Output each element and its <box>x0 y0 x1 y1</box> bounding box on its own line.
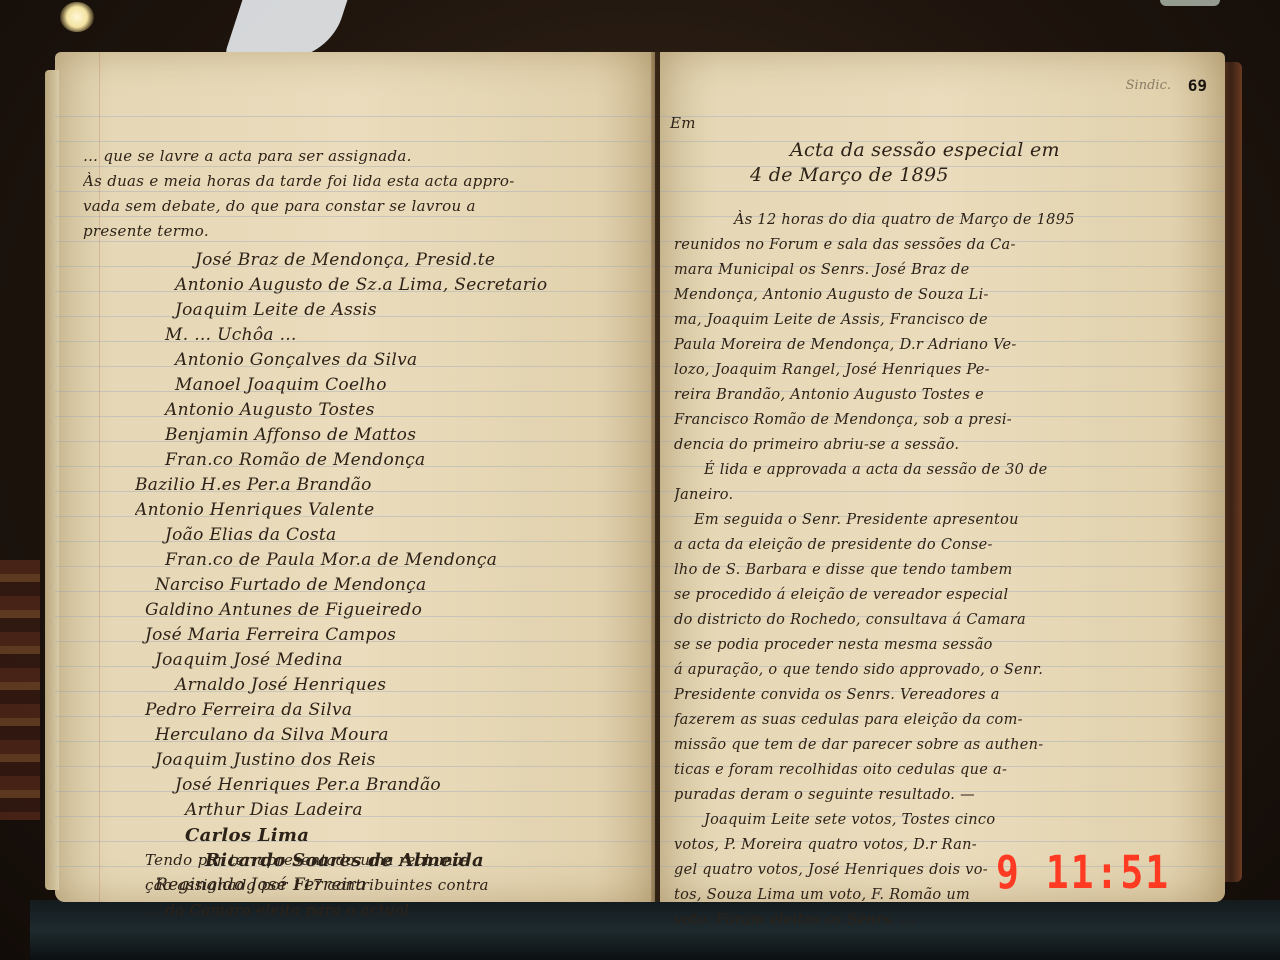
signature: Arthur Dias Ladeira <box>135 798 655 823</box>
text-line: Joaquim Leite sete votos, Tostes cinco <box>674 808 1225 833</box>
text-line: Tendo por ter apresentado uma reclama- <box>145 848 655 873</box>
signature: Bazilio H.es Per.a Brandão <box>135 473 655 498</box>
signature: Antonio Augusto de Sz.a Lima, Secretario <box>135 273 655 298</box>
right-page: Sindic. 69 Em Acta da sessão especial em… <box>660 52 1225 902</box>
text-line: lozo, Joaquim Rangel, José Henriques Pe- <box>674 358 1225 383</box>
signature: Benjamin Affonso de Mattos <box>135 423 655 448</box>
text-line: se procedido á eleição de vereador espec… <box>674 583 1225 608</box>
glass-reflection <box>224 0 348 58</box>
left-page: … que se lavre a acta para ser assignada… <box>55 52 655 902</box>
text-line: Francisco Romão de Mendonça, sob a presi… <box>674 408 1225 433</box>
text-line: lho de S. Barbara e disse que tendo tamb… <box>674 558 1225 583</box>
text-line: ticas e foram recolhidas oito cedulas qu… <box>674 758 1225 783</box>
rug-background <box>0 560 40 820</box>
text-line: Paula Moreira de Mendonça, D.r Adriano V… <box>674 333 1225 358</box>
text-line: reunidos no Forum e sala das sessões da … <box>674 233 1225 258</box>
lamp-glow <box>60 2 94 32</box>
text-line: ma, Joaquim Leite de Assis, Francisco de <box>674 308 1225 333</box>
folio-number: 69 <box>1188 76 1207 95</box>
signature: M. … Uchôa … <box>135 323 655 348</box>
signature: Pedro Ferreira da Silva <box>135 698 655 723</box>
minutes-body: Às 12 horas do dia quatro de Março de 18… <box>674 208 1225 933</box>
text-line: vada sem debate, do que para constar se … <box>83 194 655 219</box>
camera-timestamp: 9 11:51 <box>996 846 1170 899</box>
signature: José Braz de Mendonça, Presid.te <box>135 248 655 273</box>
text-line: voto. Foram eleitos os Senrs. … <box>674 908 1225 933</box>
signature: Narciso Furtado de Mendonça <box>135 573 655 598</box>
signature: Herculano da Silva Moura <box>135 723 655 748</box>
folio-note: Sindic. <box>1126 78 1171 93</box>
signature: Joaquim Leite de Assis <box>135 298 655 323</box>
text-line: Janeiro. <box>674 483 1225 508</box>
text-line: É lida e approvada a acta da sessão de 3… <box>674 458 1225 483</box>
text-line: mara Municipal os Senrs. José Braz de <box>674 258 1225 283</box>
signature: Fran.co de Paula Mor.a de Mendonça <box>135 548 655 573</box>
left-page-text: … que se lavre a acta para ser assignada… <box>83 144 655 244</box>
left-page-closing-text: Tendo por ter apresentado uma reclama- ç… <box>145 848 655 923</box>
signature-list: José Braz de Mendonça, Presid.te Antonio… <box>135 248 655 898</box>
text-line: Mendonça, Antonio Augusto de Souza Li- <box>674 283 1225 308</box>
title-line: 4 de Março de 1895 <box>750 163 1225 188</box>
text-line: Em seguida o Senr. Presidente apresentou <box>674 508 1225 533</box>
text-line: Às 12 horas do dia quatro de Março de 18… <box>674 208 1225 233</box>
text-line: ção assignada por 117 contribuintes cont… <box>145 873 655 898</box>
signature: Manoel Joaquim Coelho <box>135 373 655 398</box>
signature: Joaquim José Medina <box>135 648 655 673</box>
text-line: missão que tem de dar parecer sobre as a… <box>674 733 1225 758</box>
signature: João Elias da Costa <box>135 523 655 548</box>
open-ledger: … que se lavre a acta para ser assignada… <box>55 52 1235 902</box>
glass-reflection-right <box>1160 0 1220 6</box>
text-line: reira Brandão, Antonio Augusto Tostes e <box>674 383 1225 408</box>
minutes-title: Acta da sessão especial em 4 de Março de… <box>750 138 1225 188</box>
text-line: dencia do primeiro abriu-se a sessão. <box>674 433 1225 458</box>
text-line: … da Camara eleita para o actual <box>145 898 655 923</box>
text-line: Às duas e meia horas da tarde foi lida e… <box>83 169 655 194</box>
signature: Fran.co Romão de Mendonça <box>135 448 655 473</box>
margin-note: Em <box>670 114 1225 132</box>
text-line: Presidente convida os Senrs. Vereadores … <box>674 683 1225 708</box>
signature: Galdino Antunes de Figueiredo <box>135 598 655 623</box>
signature: Arnaldo José Henriques <box>135 673 655 698</box>
signature: Antonio Augusto Tostes <box>135 398 655 423</box>
text-line: á apuração, o que tendo sido approvado, … <box>674 658 1225 683</box>
signature: Antonio Henriques Valente <box>135 498 655 523</box>
text-line: fazerem as suas cedulas para eleição da … <box>674 708 1225 733</box>
title-line: Acta da sessão especial em <box>750 138 1225 163</box>
signature: Carlos Lima <box>135 823 655 848</box>
signature: José Maria Ferreira Campos <box>135 623 655 648</box>
text-line: a acta da eleição de presidente do Conse… <box>674 533 1225 558</box>
text-line: do districto do Rochedo, consultava á Ca… <box>674 608 1225 633</box>
signature: Antonio Gonçalves da Silva <box>135 348 655 373</box>
text-line: se se podia proceder nesta mesma sessão <box>674 633 1225 658</box>
signature: Joaquim Justino dos Reis <box>135 748 655 773</box>
text-line: … que se lavre a acta para ser assignada… <box>83 144 655 169</box>
text-line: presente termo. <box>83 219 655 244</box>
text-line: puradas deram o seguinte resultado. — <box>674 783 1225 808</box>
signature: José Henriques Per.a Brandão <box>135 773 655 798</box>
